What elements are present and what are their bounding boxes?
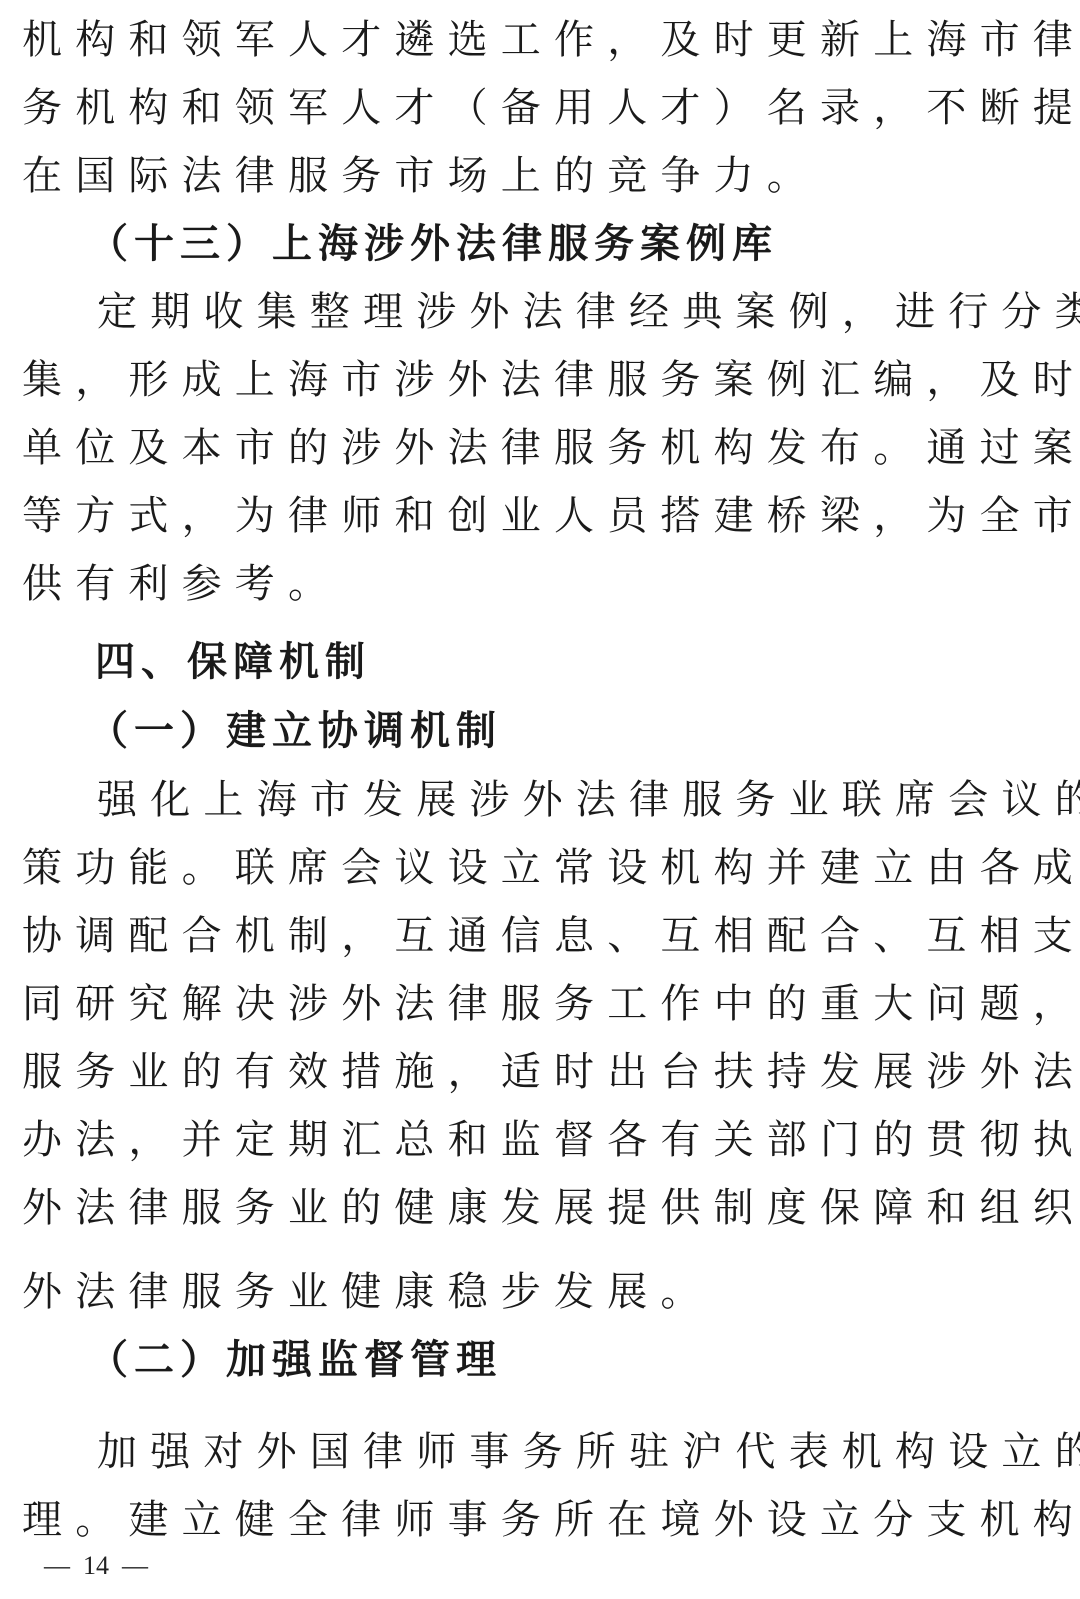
body-line: 供有利参考。: [22, 550, 1042, 618]
body-line: 在国际法律服务市场上的竞争力。: [22, 142, 1042, 210]
body-line: 办法，并定期汇总和监督各有关部门的贯彻执行情况，为上海涉: [22, 1106, 1042, 1174]
body-line: 集，形成上海市涉外法律服务案例汇编，及时向联席会议各成员: [22, 346, 1042, 414]
subsection-heading-13: （十三）上海涉外法律服务案例库: [88, 210, 1080, 278]
subsection-heading-2: （二）加强监督管理: [88, 1326, 1080, 1394]
body-line: 单位及本市的涉外法律服务机构发布。通过案例分析和经验分享: [22, 414, 1042, 482]
body-line: 务机构和领军人才（备用人才）名录，不断提高我市律师事务所: [22, 74, 1042, 142]
body-line: 外法律服务业的健康发展提供制度保障和组织保障，推动本市涉: [22, 1174, 1042, 1242]
body-line: 机构和领军人才遴选工作，及时更新上海市律师行业涉外法律服: [22, 6, 1042, 74]
body-line: 定期收集整理涉外法律经典案例，进行分类汇总并汇编成: [97, 278, 1042, 346]
page-number: — 14 —: [44, 1548, 148, 1584]
document-page: 机构和领军人才遴选工作，及时更新上海市律师行业涉外法律服 务机构和领军人才（备用…: [0, 0, 1080, 1599]
subsection-heading-1: （一）建立协调机制: [88, 697, 1080, 765]
body-line: 策功能。联席会议设立常设机构并建立由各成员单位共同参与的: [22, 834, 1042, 902]
body-line: 同研究解决涉外法律服务工作中的重大问题，制定发展涉外法律: [22, 970, 1042, 1038]
section-heading-4: 四、保障机制: [95, 628, 1080, 696]
body-line: 外法律服务业健康稳步发展。: [22, 1258, 1042, 1326]
body-line: 加强对外国律师事务所驻沪代表机构设立的审核和监督管: [97, 1418, 1042, 1486]
body-line: 等方式，为律师和创业人员搭建桥梁，为全市的涉外法律服务提: [22, 482, 1042, 550]
body-line: 理。建立健全律师事务所在境外设立分支机构备案制度，加强对: [22, 1486, 1042, 1554]
body-line: 协调配合机制，互通信息、互相配合、互相支持、形成合力，共: [22, 902, 1042, 970]
body-line: 强化上海市发展涉外法律服务业联席会议的统筹、协调和决: [97, 766, 1042, 834]
body-line: 服务业的有效措施，适时出台扶持发展涉外法律服务业的举措和: [22, 1038, 1042, 1106]
